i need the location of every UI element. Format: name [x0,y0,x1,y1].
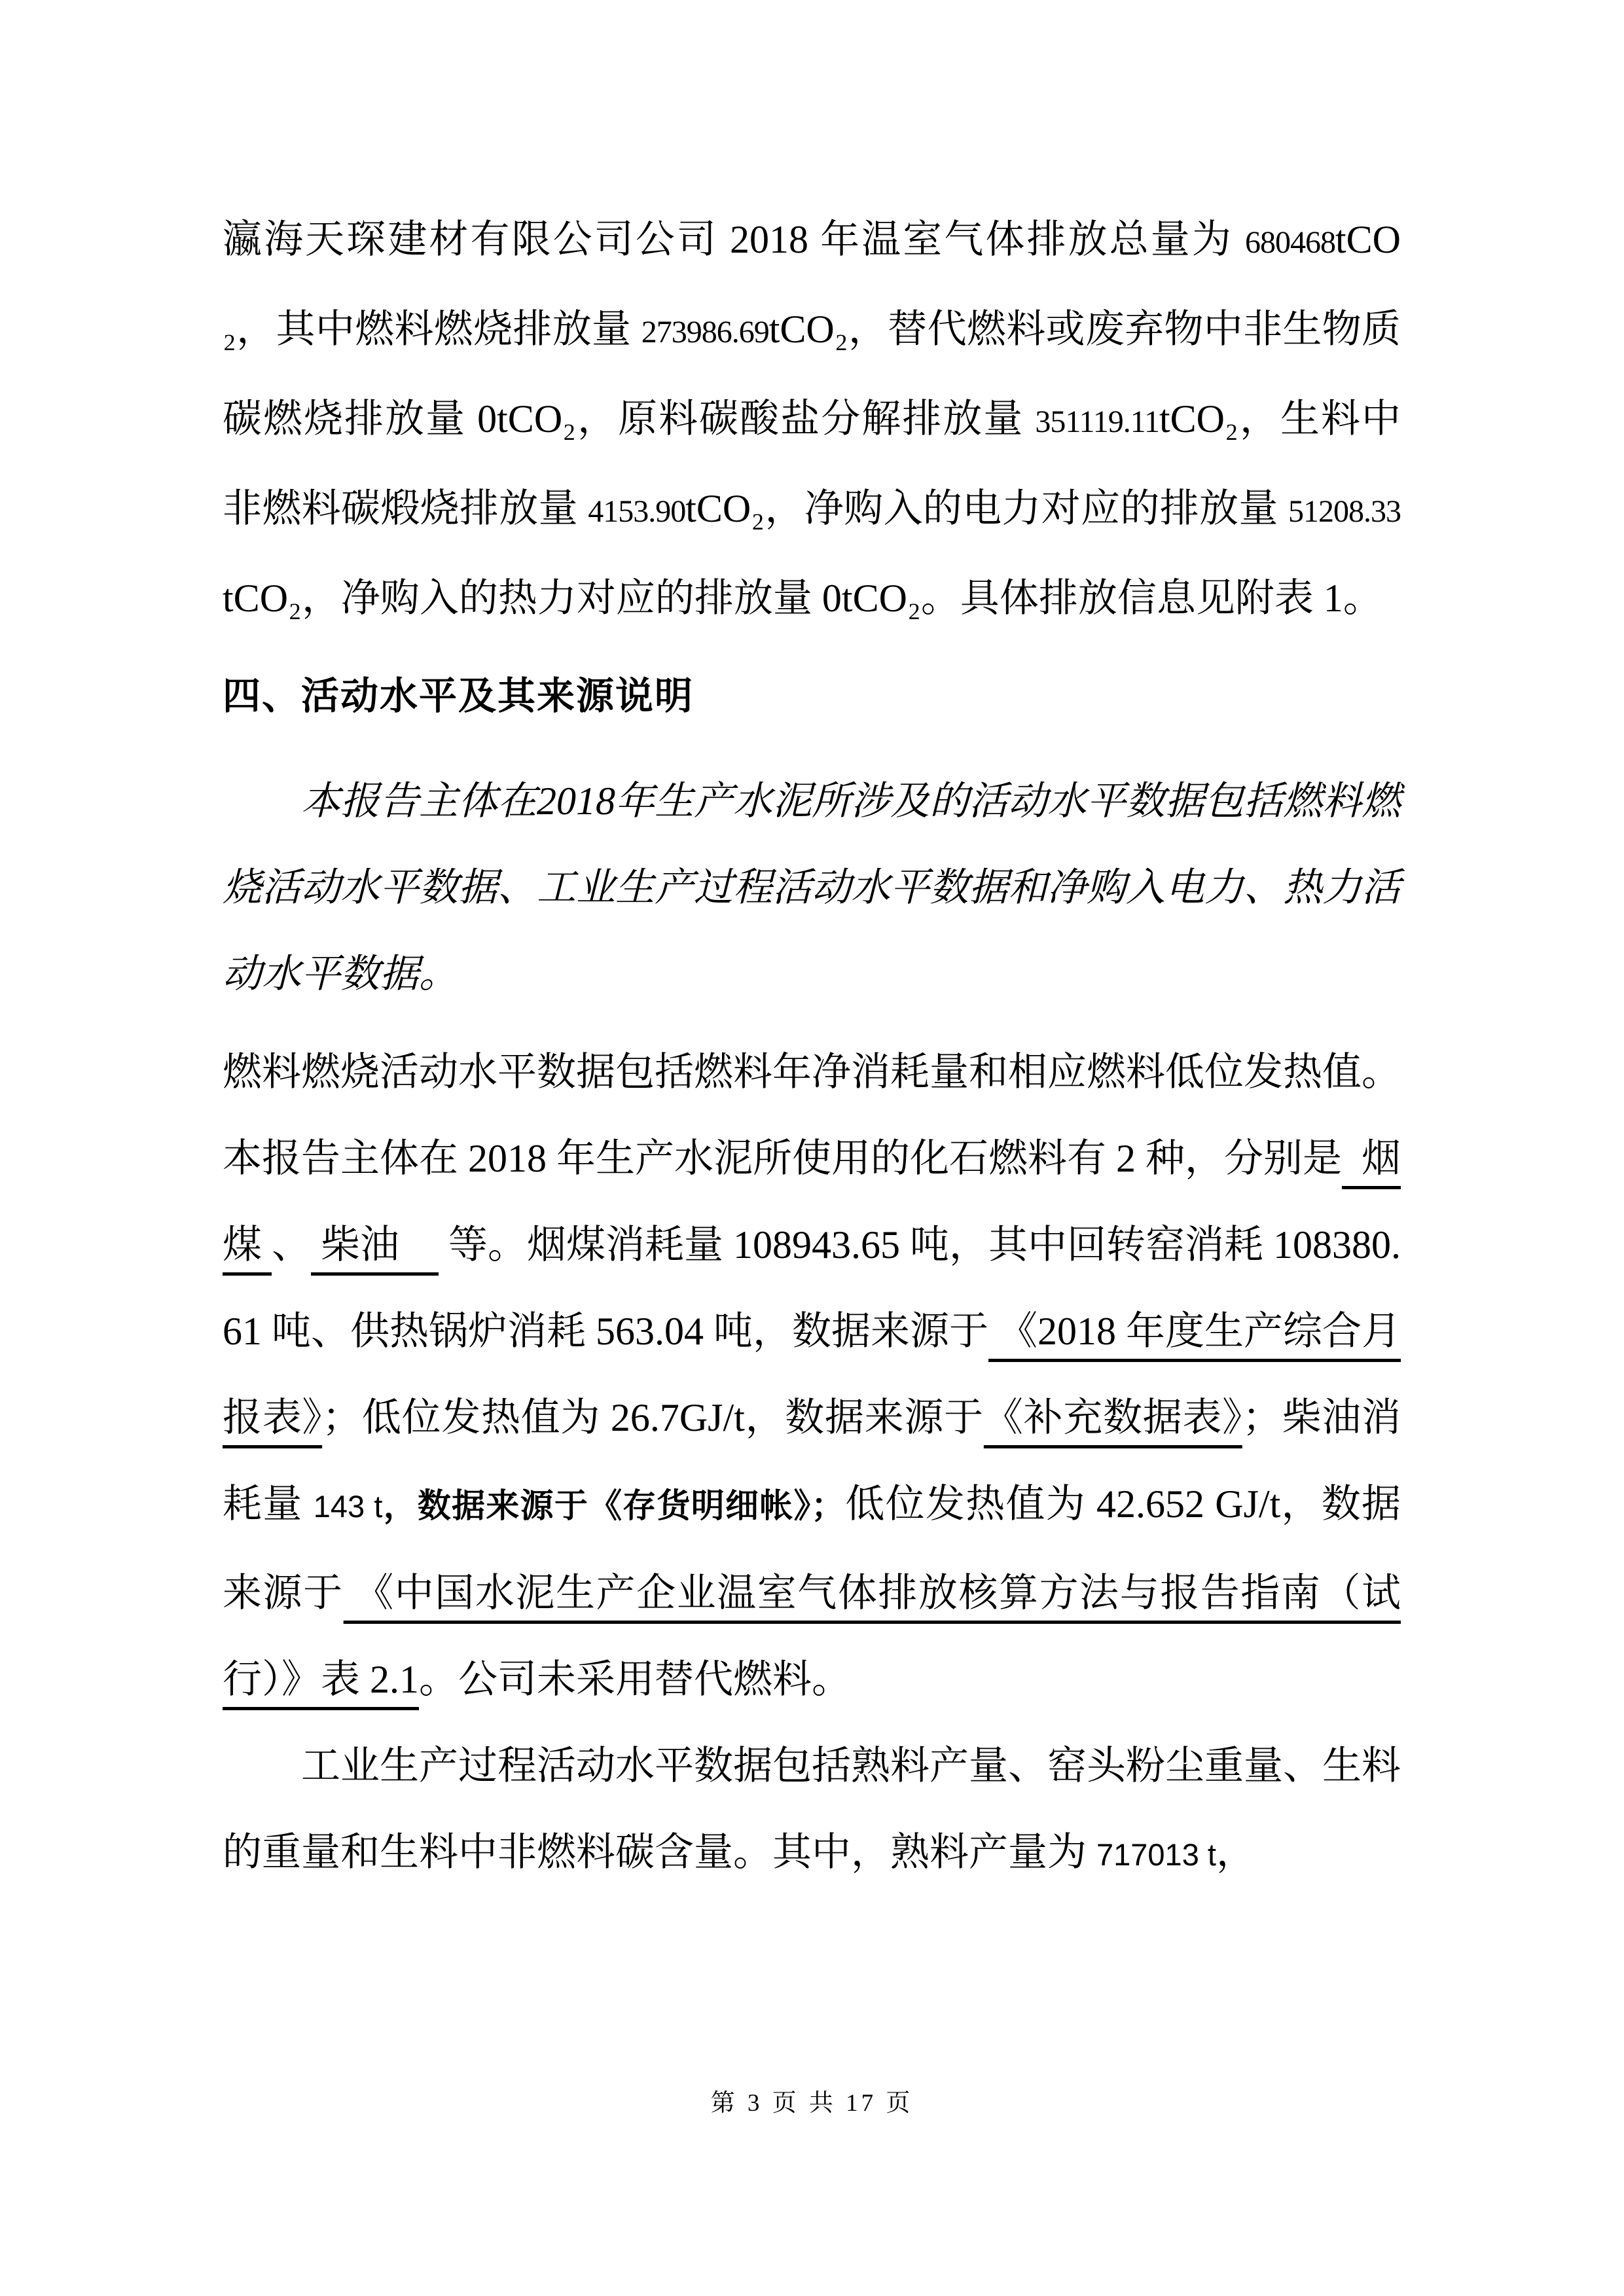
text-run: 。公司未采用替代燃料。 [419,1658,851,1701]
text-run: 瀛海天琛建材有限公司公司 2018 年温室气体排放总量为 [223,218,1245,261]
section-heading: 四、活动水平及其来源说明 [223,653,1401,740]
raw-meal-nonfuel-carbon-emission-value: 4153.90 [588,494,685,529]
text-run: tCO₂，净购入的电力对应的排放量 [685,487,1288,530]
document-page: 瀛海天琛建材有限公司公司 2018 年温室气体排放总量为 680468tCO₂，… [0,0,1624,2296]
source-inventory-ledger: ，数据来源于《存货明细帐》； [382,1487,844,1524]
text-run: tCO₂，净购入的热力对应的排放量 0tCO₂。具体排放信息见附表 1。 [223,577,1382,620]
diesel-consumption-value: 143 t [314,1489,383,1524]
paragraph-emission-summary: 瀛海天琛建材有限公司公司 2018 年温室气体排放总量为 680468tCO₂，… [223,196,1401,641]
fuel-name-diesel: 柴油 [311,1223,439,1266]
text-run: 、 [272,1223,311,1266]
purchased-electricity-emission-value: 51208.33 [1288,494,1401,529]
clinker-output-value: 717013 t [1096,1837,1216,1872]
text-run: ， [1216,1831,1255,1874]
carbonate-decomposition-emission-value: 351119.11 [1035,404,1159,439]
text-run: ；低位发热值为 26.7GJ/t，数据来源于 [322,1396,984,1439]
paragraph-fuel-activity: 燃料燃烧活动水平数据包括燃料年净消耗量和相应燃料低位发热值。本报告主体在 201… [223,1029,1401,1723]
total-emission-value: 680468 [1245,225,1335,260]
fuel-combustion-emission-value: 273986.69 [641,315,769,350]
text-run: 本报告主体在2018年生产水泥所涉及的活动水平数据包括燃料燃烧活动水平数据、工业… [223,780,1401,996]
paragraph-process-activity: 工业生产过程活动水平数据包括熟料产量、窑头粉尘重量、生料的重量和生料中非燃料碳含… [223,1723,1401,1898]
source-supplementary-data-table: 《补充数据表》 [984,1396,1242,1439]
page-footer: 第 3 页 共 17 页 [0,2083,1624,2118]
page-content: 瀛海天琛建材有限公司公司 2018 年温室气体排放总量为 680468tCO₂，… [223,196,1401,1898]
paragraph-activity-intro: 本报告主体在2018年生产水泥所涉及的活动水平数据包括燃料燃烧活动水平数据、工业… [223,758,1401,1017]
text-run: 燃料燃烧活动水平数据包括燃料年净消耗量和相应燃料低位发热值。本报告主体在 201… [223,1050,1401,1180]
